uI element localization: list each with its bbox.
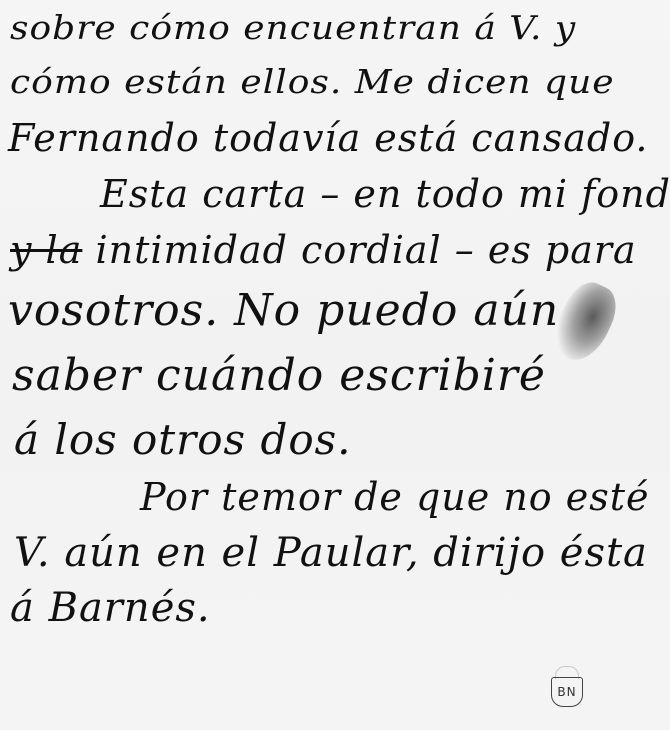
handwritten-line: Esta carta – en todo mi fondo (100, 172, 670, 216)
stamp-label: BN (557, 685, 576, 699)
handwritten-line: cómo están ellos. Me dicen que (10, 64, 670, 101)
handwritten-line: V. aún en el Paular, dirijo ésta (14, 530, 670, 576)
handwritten-line: á Barnés. (10, 585, 670, 631)
handwritten-line: y la intimidad cordial – es para (10, 228, 670, 272)
handwritten-line: sobre cómo encuentran á V. y (10, 10, 670, 47)
handwritten-line: Fernando todavía está cansado. (8, 116, 670, 160)
library-stamp: BN (549, 666, 585, 710)
handwritten-line: á los otros dos. (14, 415, 670, 464)
shield-icon: BN (551, 677, 583, 707)
handwritten-line: Por temor de que no esté (140, 475, 670, 519)
struck-text: y la (10, 228, 82, 272)
manuscript-page: sobre cómo encuentran á V. y cómo están … (0, 0, 670, 730)
